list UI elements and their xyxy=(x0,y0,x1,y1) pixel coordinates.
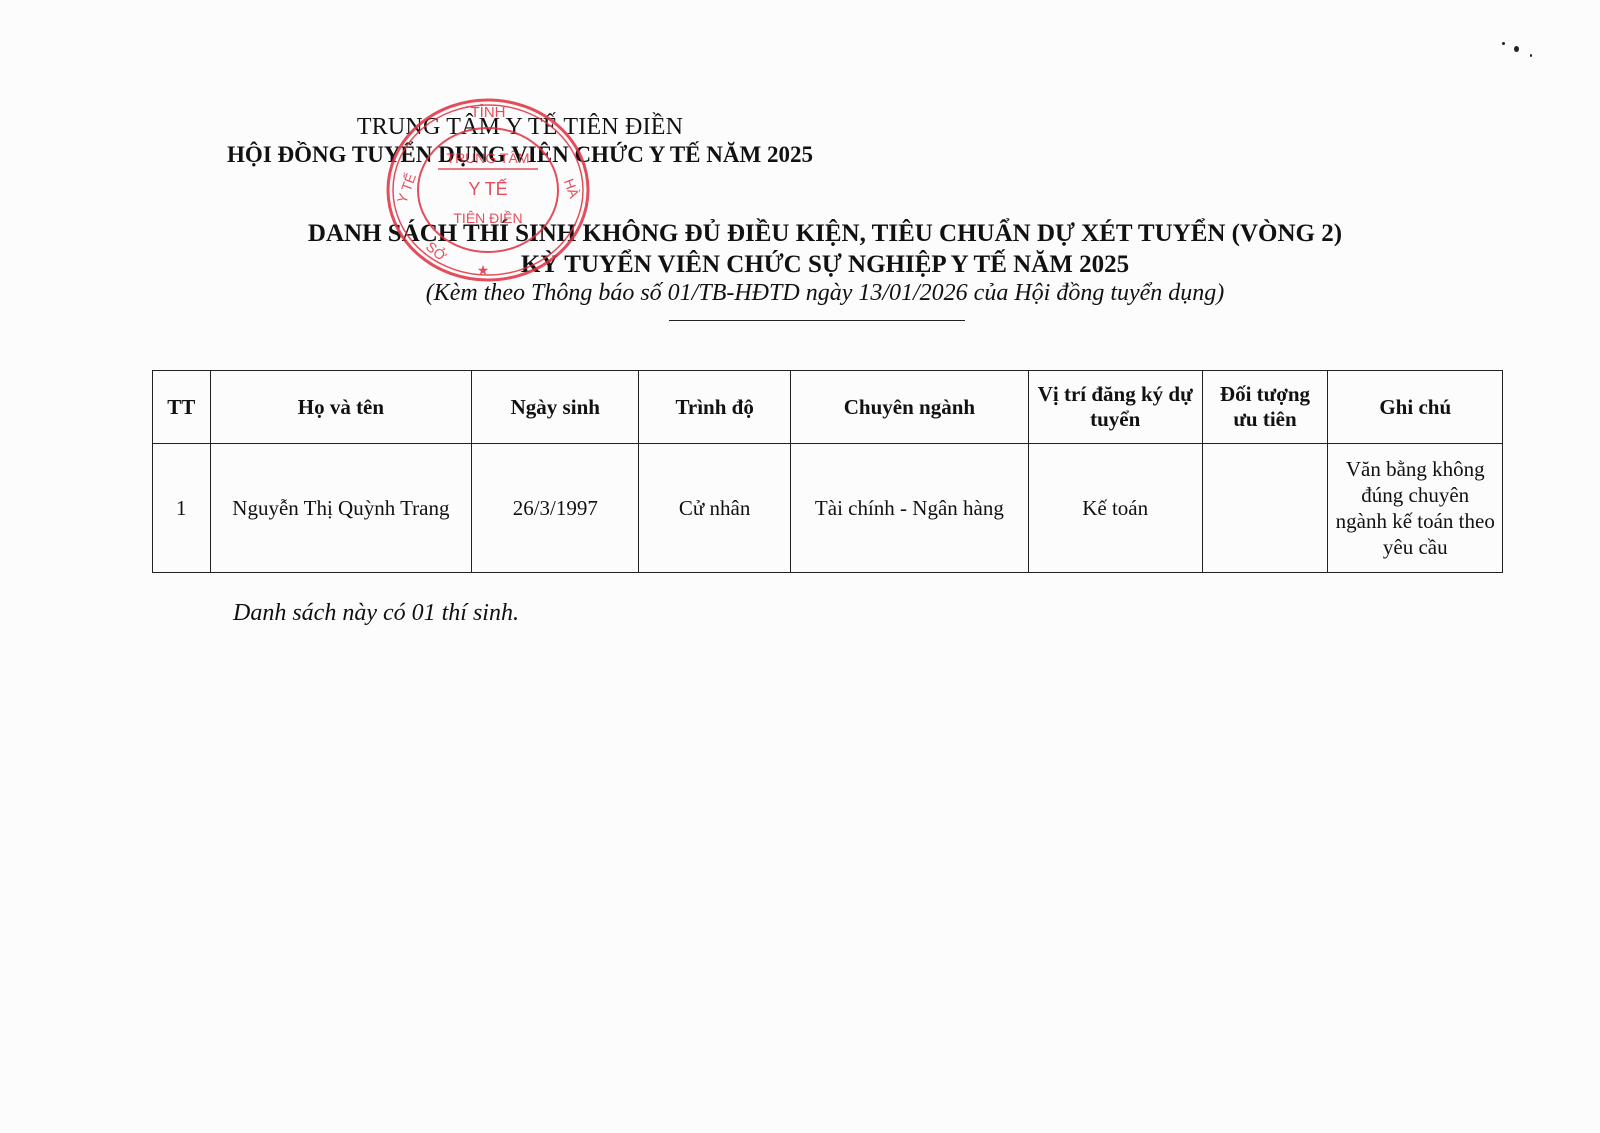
header-dob: Ngày sinh xyxy=(472,371,639,444)
stamp-outer-right: HÀ xyxy=(561,176,583,200)
cell-note: Văn bằng không đúng chuyên ngành kế toán… xyxy=(1328,444,1503,573)
header-priority: Đối tượng ưu tiên xyxy=(1202,371,1328,444)
header-tt: TT xyxy=(153,371,211,444)
header-note: Ghi chú xyxy=(1328,371,1503,444)
document-title-line1: DANH SÁCH THÍ SINH KHÔNG ĐỦ ĐIỀU KIỆN, T… xyxy=(250,220,1400,248)
stamp-outer-left: Y TẾ xyxy=(394,171,420,205)
header-level: Trình độ xyxy=(639,371,791,444)
header-name: Họ và tên xyxy=(210,371,472,444)
table-header-row: TT Họ và tên Ngày sinh Trình độ Chuyên n… xyxy=(153,371,1503,444)
candidate-table: TT Họ và tên Ngày sinh Trình độ Chuyên n… xyxy=(152,370,1503,573)
organization-name: TRUNG TÂM Y TẾ TIÊN ĐIỀN xyxy=(340,114,700,141)
document-title-line2: KỲ TUYỂN VIÊN CHỨC SỰ NGHIỆP Y TẾ NĂM 20… xyxy=(250,251,1400,279)
document-page: TRUNG TÂM Y TẾ TIÊN ĐIỀN HỘI ĐỒNG TUYỂN … xyxy=(0,0,1600,1133)
cell-dob: 26/3/1997 xyxy=(472,444,639,573)
header-major: Chuyên ngành xyxy=(790,371,1028,444)
header-position: Vị trí đăng ký dự tuyển xyxy=(1028,371,1202,444)
cell-major: Tài chính - Ngân hàng xyxy=(790,444,1028,573)
table-row: 1 Nguyễn Thị Quỳnh Trang 26/3/1997 Cử nh… xyxy=(153,444,1503,573)
stamp-center-line2: Y TẾ xyxy=(468,178,507,199)
title-underline xyxy=(669,320,965,321)
cell-name: Nguyễn Thị Quỳnh Trang xyxy=(210,444,472,573)
document-subtitle: (Kèm theo Thông báo số 01/TB-HĐTD ngày 1… xyxy=(250,280,1400,307)
cell-priority xyxy=(1202,444,1328,573)
summary-note: Danh sách này có 01 thí sinh. xyxy=(233,600,519,627)
cell-tt: 1 xyxy=(153,444,211,573)
cell-position: Kế toán xyxy=(1028,444,1202,573)
scan-specks xyxy=(1500,38,1560,68)
cell-level: Cử nhân xyxy=(639,444,791,573)
council-name: HỘI ĐỒNG TUYỂN DỤNG VIÊN CHỨC Y TẾ NĂM 2… xyxy=(190,142,850,168)
